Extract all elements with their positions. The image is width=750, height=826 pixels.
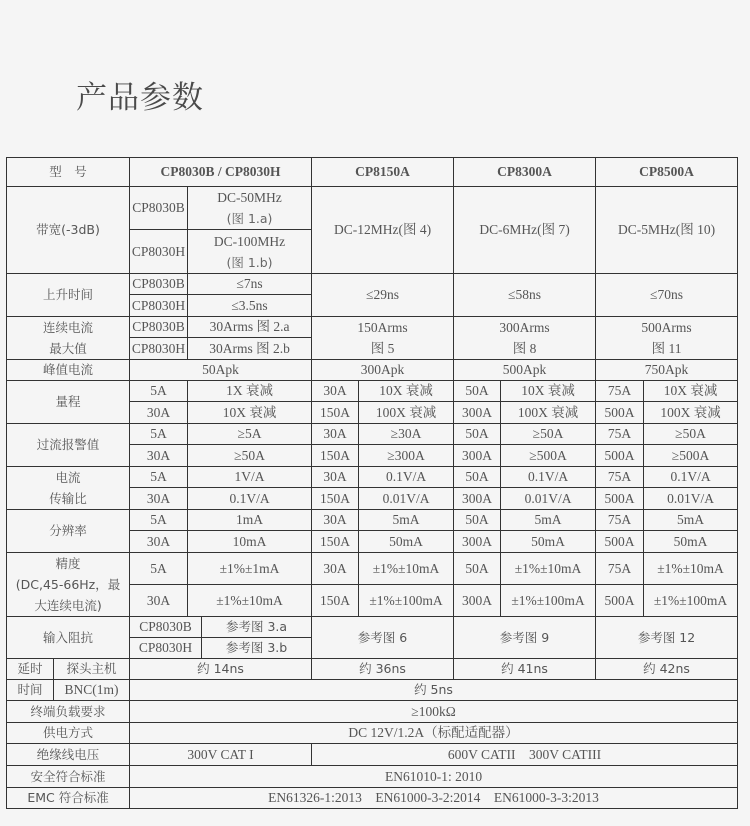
- spec-table-ranges: 量程 5A 1X 衰减 30A 10X 衰减 50A 10X 衰减 75A 10…: [6, 380, 738, 617]
- rise-value-b: ≤7ns: [188, 274, 312, 295]
- ratio-cell: 500A: [596, 488, 644, 510]
- peak-current-row: 峰值电流 50Apk 300Apk 500Apk 750Apk: [7, 360, 738, 381]
- accuracy-cell: 5A: [130, 553, 188, 585]
- overcurrent-cell: 50A: [454, 424, 501, 445]
- range-cell: 10X 衰减: [359, 381, 454, 402]
- delay-label-2: 时间: [7, 680, 54, 701]
- termination-row: 终端负载要求 ≥100kΩ: [7, 701, 738, 723]
- overcurrent-cell: ≥500A: [501, 445, 596, 467]
- impedance-value-b: 参考图 3.a: [202, 617, 312, 638]
- range-cell: 10X 衰减: [188, 402, 312, 424]
- impedance-cp8300a: 参考图 9: [454, 617, 596, 659]
- overcurrent-cell: 5A: [130, 424, 188, 445]
- bandwidth-model-b: CP8030B: [130, 187, 188, 230]
- delay-cp8030: 约 14ns: [130, 659, 312, 680]
- resolution-cell: 75A: [596, 510, 644, 531]
- delay-cp8300a: 约 41ns: [454, 659, 596, 680]
- rise-value-h: ≤3.5ns: [188, 295, 312, 317]
- overcurrent-cell: ≥30A: [359, 424, 454, 445]
- bandwidth-cp8500a: DC-5MHz(图 10): [596, 187, 738, 274]
- delay-row-1: 延时 探头主机 约 14ns 约 36ns 约 41ns 约 42ns: [7, 659, 738, 680]
- model-label: 型 号: [7, 158, 130, 187]
- overcurrent-cell: 500A: [596, 445, 644, 467]
- accuracy-cell: 150A: [312, 585, 359, 617]
- rise-cp8500a: ≤70ns: [596, 274, 738, 317]
- overcurrent-row-1: 过流报警值 5A ≥5A 30A ≥30A 50A ≥50A 75A ≥50A: [7, 424, 738, 445]
- impedance-cp8150a: 参考图 6: [312, 617, 454, 659]
- resolution-cell: 5mA: [359, 510, 454, 531]
- ratio-cell: 0.01V/A: [501, 488, 596, 510]
- termination-label: 终端负载要求: [7, 701, 130, 723]
- overcurrent-label: 过流报警值: [7, 424, 130, 467]
- overcurrent-cell: ≥50A: [644, 424, 738, 445]
- range-cell: 30A: [312, 381, 359, 402]
- bandwidth-cp8300a: DC-6MHz(图 7): [454, 187, 596, 274]
- safety-value: EN61010-1: 2010: [130, 766, 738, 788]
- rise-model-h: CP8030H: [130, 295, 188, 317]
- ratio-label: 电流 传输比: [7, 467, 130, 510]
- cont-cp8500a: 500Arms 图 11: [596, 317, 738, 360]
- rise-time-label: 上升时间: [7, 274, 130, 317]
- cont-model-h: CP8030H: [130, 338, 188, 360]
- insulation-row: 绝缘线电压 300V CAT I 600V CATII 300V CATIII: [7, 744, 738, 766]
- safety-row: 安全符合标准 EN61010-1: 2010: [7, 766, 738, 788]
- ratio-cell: 0.1V/A: [188, 488, 312, 510]
- cont-cp8150a: 150Arms 图 5: [312, 317, 454, 360]
- page-title: 产品参数: [76, 72, 204, 117]
- overcurrent-cell: 75A: [596, 424, 644, 445]
- input-impedance-row: 输入阻抗 CP8030B 参考图 3.a 参考图 6 参考图 9 参考图 12: [7, 617, 738, 638]
- overcurrent-cell: ≥500A: [644, 445, 738, 467]
- range-cell: 100X 衰减: [359, 402, 454, 424]
- delay-label-1: 延时: [7, 659, 54, 680]
- range-cell: 100X 衰减: [644, 402, 738, 424]
- bandwidth-label: 带宽(-3dB): [7, 187, 130, 274]
- delay-cp8500a: 约 42ns: [596, 659, 738, 680]
- power-value: DC 12V/1.2A（标配适配器）: [130, 723, 738, 744]
- rise-cp8300a: ≤58ns: [454, 274, 596, 317]
- range-cell: 1X 衰减: [188, 381, 312, 402]
- overcurrent-cell: 30A: [312, 424, 359, 445]
- cont-model-b: CP8030B: [130, 317, 188, 338]
- accuracy-cell: ±1%±10mA: [644, 553, 738, 585]
- resolution-cell: 50A: [454, 510, 501, 531]
- range-cell: 50A: [454, 381, 501, 402]
- range-cell: 5A: [130, 381, 188, 402]
- spec-table: 型 号 CP8030B / CP8030H CP8150A CP8300A CP…: [6, 157, 738, 381]
- resolution-label: 分辨率: [7, 510, 130, 553]
- emc-value: EN61326-1:2013 EN61000-3-2:2014 EN61000-…: [130, 788, 738, 809]
- spec-table-bottom: 输入阻抗 CP8030B 参考图 3.a 参考图 6 参考图 9 参考图 12 …: [6, 616, 738, 809]
- accuracy-cell: 500A: [596, 585, 644, 617]
- model-cp8030: CP8030B / CP8030H: [130, 158, 312, 187]
- header-row: 型 号 CP8030B / CP8030H CP8150A CP8300A CP…: [7, 158, 738, 187]
- accuracy-cell: ±1%±10mA: [188, 585, 312, 617]
- resolution-cell: 50mA: [359, 531, 454, 553]
- accuracy-cell: ±1%±10mA: [359, 553, 454, 585]
- range-cell: 10X 衰减: [501, 381, 596, 402]
- ratio-cell: 0.1V/A: [359, 467, 454, 488]
- cont-value-b: 30Arms 图 2.a: [188, 317, 312, 338]
- range-cell: 300A: [454, 402, 501, 424]
- overcurrent-cell: ≥300A: [359, 445, 454, 467]
- range-cell: 75A: [596, 381, 644, 402]
- range-cell: 30A: [130, 402, 188, 424]
- bandwidth-cp8150a: DC-12MHz(图 4): [312, 187, 454, 274]
- resolution-cell: 500A: [596, 531, 644, 553]
- ratio-cell: 0.1V/A: [644, 467, 738, 488]
- emc-label: EMC 符合标准: [7, 788, 130, 809]
- emc-row: EMC 符合标准 EN61326-1:2013 EN61000-3-2:2014…: [7, 788, 738, 809]
- continuous-current-label: 连续电流 最大值: [7, 317, 130, 360]
- delay-bnc-value: 约 5ns: [130, 680, 738, 701]
- accuracy-row-1: 精度 (DC,45-66Hz，最 大连续电流) 5A ±1%±1mA 30A ±…: [7, 553, 738, 585]
- ratio-row-1: 电流 传输比 5A 1V/A 30A 0.1V/A 50A 0.1V/A 75A…: [7, 467, 738, 488]
- delay-bnc-label: BNC(1m): [54, 680, 130, 701]
- rise-cp8150a: ≤29ns: [312, 274, 454, 317]
- ratio-cell: 0.1V/A: [501, 467, 596, 488]
- ratio-cell: 5A: [130, 467, 188, 488]
- overcurrent-cell: 150A: [312, 445, 359, 467]
- bandwidth-row: 带宽(-3dB) CP8030B DC-50MHz (图 1.a) DC-12M…: [7, 187, 738, 230]
- input-impedance-label: 输入阻抗: [7, 617, 130, 659]
- peak-cp8300a: 500Apk: [454, 360, 596, 381]
- ratio-cell: 30A: [312, 467, 359, 488]
- resolution-cell: 10mA: [188, 531, 312, 553]
- accuracy-cell: 300A: [454, 585, 501, 617]
- power-row: 供电方式 DC 12V/1.2A（标配适配器）: [7, 723, 738, 744]
- accuracy-cell: ±1%±1mA: [188, 553, 312, 585]
- insulation-label: 绝缘线电压: [7, 744, 130, 766]
- resolution-cell: 5mA: [501, 510, 596, 531]
- overcurrent-cell: 300A: [454, 445, 501, 467]
- insulation-cp8030: 300V CAT I: [130, 744, 312, 766]
- delay-row-2: 时间 BNC(1m) 约 5ns: [7, 680, 738, 701]
- impedance-model-b: CP8030B: [130, 617, 202, 638]
- resolution-cell: 300A: [454, 531, 501, 553]
- range-cell: 150A: [312, 402, 359, 424]
- overcurrent-cell: 30A: [130, 445, 188, 467]
- accuracy-cell: 50A: [454, 553, 501, 585]
- resolution-cell: 50mA: [501, 531, 596, 553]
- resolution-row-1: 分辨率 5A 1mA 30A 5mA 50A 5mA 75A 5mA: [7, 510, 738, 531]
- resolution-cell: 30A: [312, 510, 359, 531]
- model-cp8150a: CP8150A: [312, 158, 454, 187]
- ratio-cell: 150A: [312, 488, 359, 510]
- resolution-cell: 30A: [130, 531, 188, 553]
- bandwidth-model-h: CP8030H: [130, 230, 188, 274]
- peak-cp8150a: 300Apk: [312, 360, 454, 381]
- ratio-cell: 0.01V/A: [644, 488, 738, 510]
- impedance-value-h: 参考图 3.b: [202, 638, 312, 659]
- resolution-cell: 150A: [312, 531, 359, 553]
- rise-model-b: CP8030B: [130, 274, 188, 295]
- accuracy-label: 精度 (DC,45-66Hz，最 大连续电流): [7, 553, 130, 617]
- impedance-cp8500a: 参考图 12: [596, 617, 738, 659]
- resolution-cell: 5A: [130, 510, 188, 531]
- accuracy-cell: ±1%±100mA: [501, 585, 596, 617]
- ratio-cell: 50A: [454, 467, 501, 488]
- ratio-cell: 75A: [596, 467, 644, 488]
- range-cell: 100X 衰减: [501, 402, 596, 424]
- resolution-cell: 50mA: [644, 531, 738, 553]
- model-cp8300a: CP8300A: [454, 158, 596, 187]
- peak-cp8030: 50Apk: [130, 360, 312, 381]
- peak-cp8500a: 750Apk: [596, 360, 738, 381]
- bandwidth-value-h: DC-100MHz (图 1.b): [188, 230, 312, 274]
- bandwidth-value-b: DC-50MHz (图 1.a): [188, 187, 312, 230]
- accuracy-cell: ±1%±100mA: [359, 585, 454, 617]
- power-label: 供电方式: [7, 723, 130, 744]
- accuracy-cell: ±1%±10mA: [501, 553, 596, 585]
- resolution-cell: 1mA: [188, 510, 312, 531]
- cont-cp8300a: 300Arms 图 8: [454, 317, 596, 360]
- overcurrent-cell: ≥50A: [188, 445, 312, 467]
- cont-value-h: 30Arms 图 2.b: [188, 338, 312, 360]
- insulation-others: 600V CATII 300V CATIII: [312, 744, 738, 766]
- overcurrent-cell: ≥50A: [501, 424, 596, 445]
- ratio-cell: 1V/A: [188, 467, 312, 488]
- range-row-1: 量程 5A 1X 衰减 30A 10X 衰减 50A 10X 衰减 75A 10…: [7, 381, 738, 402]
- rise-time-row: 上升时间 CP8030B ≤7ns ≤29ns ≤58ns ≤70ns: [7, 274, 738, 295]
- model-cp8500a: CP8500A: [596, 158, 738, 187]
- accuracy-cell: 30A: [130, 585, 188, 617]
- range-cell: 10X 衰减: [644, 381, 738, 402]
- range-cell: 500A: [596, 402, 644, 424]
- termination-value: ≥100kΩ: [130, 701, 738, 723]
- accuracy-cell: 30A: [312, 553, 359, 585]
- delay-probe-host-label: 探头主机: [54, 659, 130, 680]
- range-label: 量程: [7, 381, 130, 424]
- impedance-model-h: CP8030H: [130, 638, 202, 659]
- ratio-cell: 30A: [130, 488, 188, 510]
- safety-label: 安全符合标准: [7, 766, 130, 788]
- ratio-cell: 300A: [454, 488, 501, 510]
- overcurrent-cell: ≥5A: [188, 424, 312, 445]
- continuous-current-row: 连续电流 最大值 CP8030B 30Arms 图 2.a 150Arms 图 …: [7, 317, 738, 338]
- resolution-cell: 5mA: [644, 510, 738, 531]
- accuracy-cell: 75A: [596, 553, 644, 585]
- ratio-cell: 0.01V/A: [359, 488, 454, 510]
- accuracy-cell: ±1%±100mA: [644, 585, 738, 617]
- delay-cp8150a: 约 36ns: [312, 659, 454, 680]
- peak-current-label: 峰值电流: [7, 360, 130, 381]
